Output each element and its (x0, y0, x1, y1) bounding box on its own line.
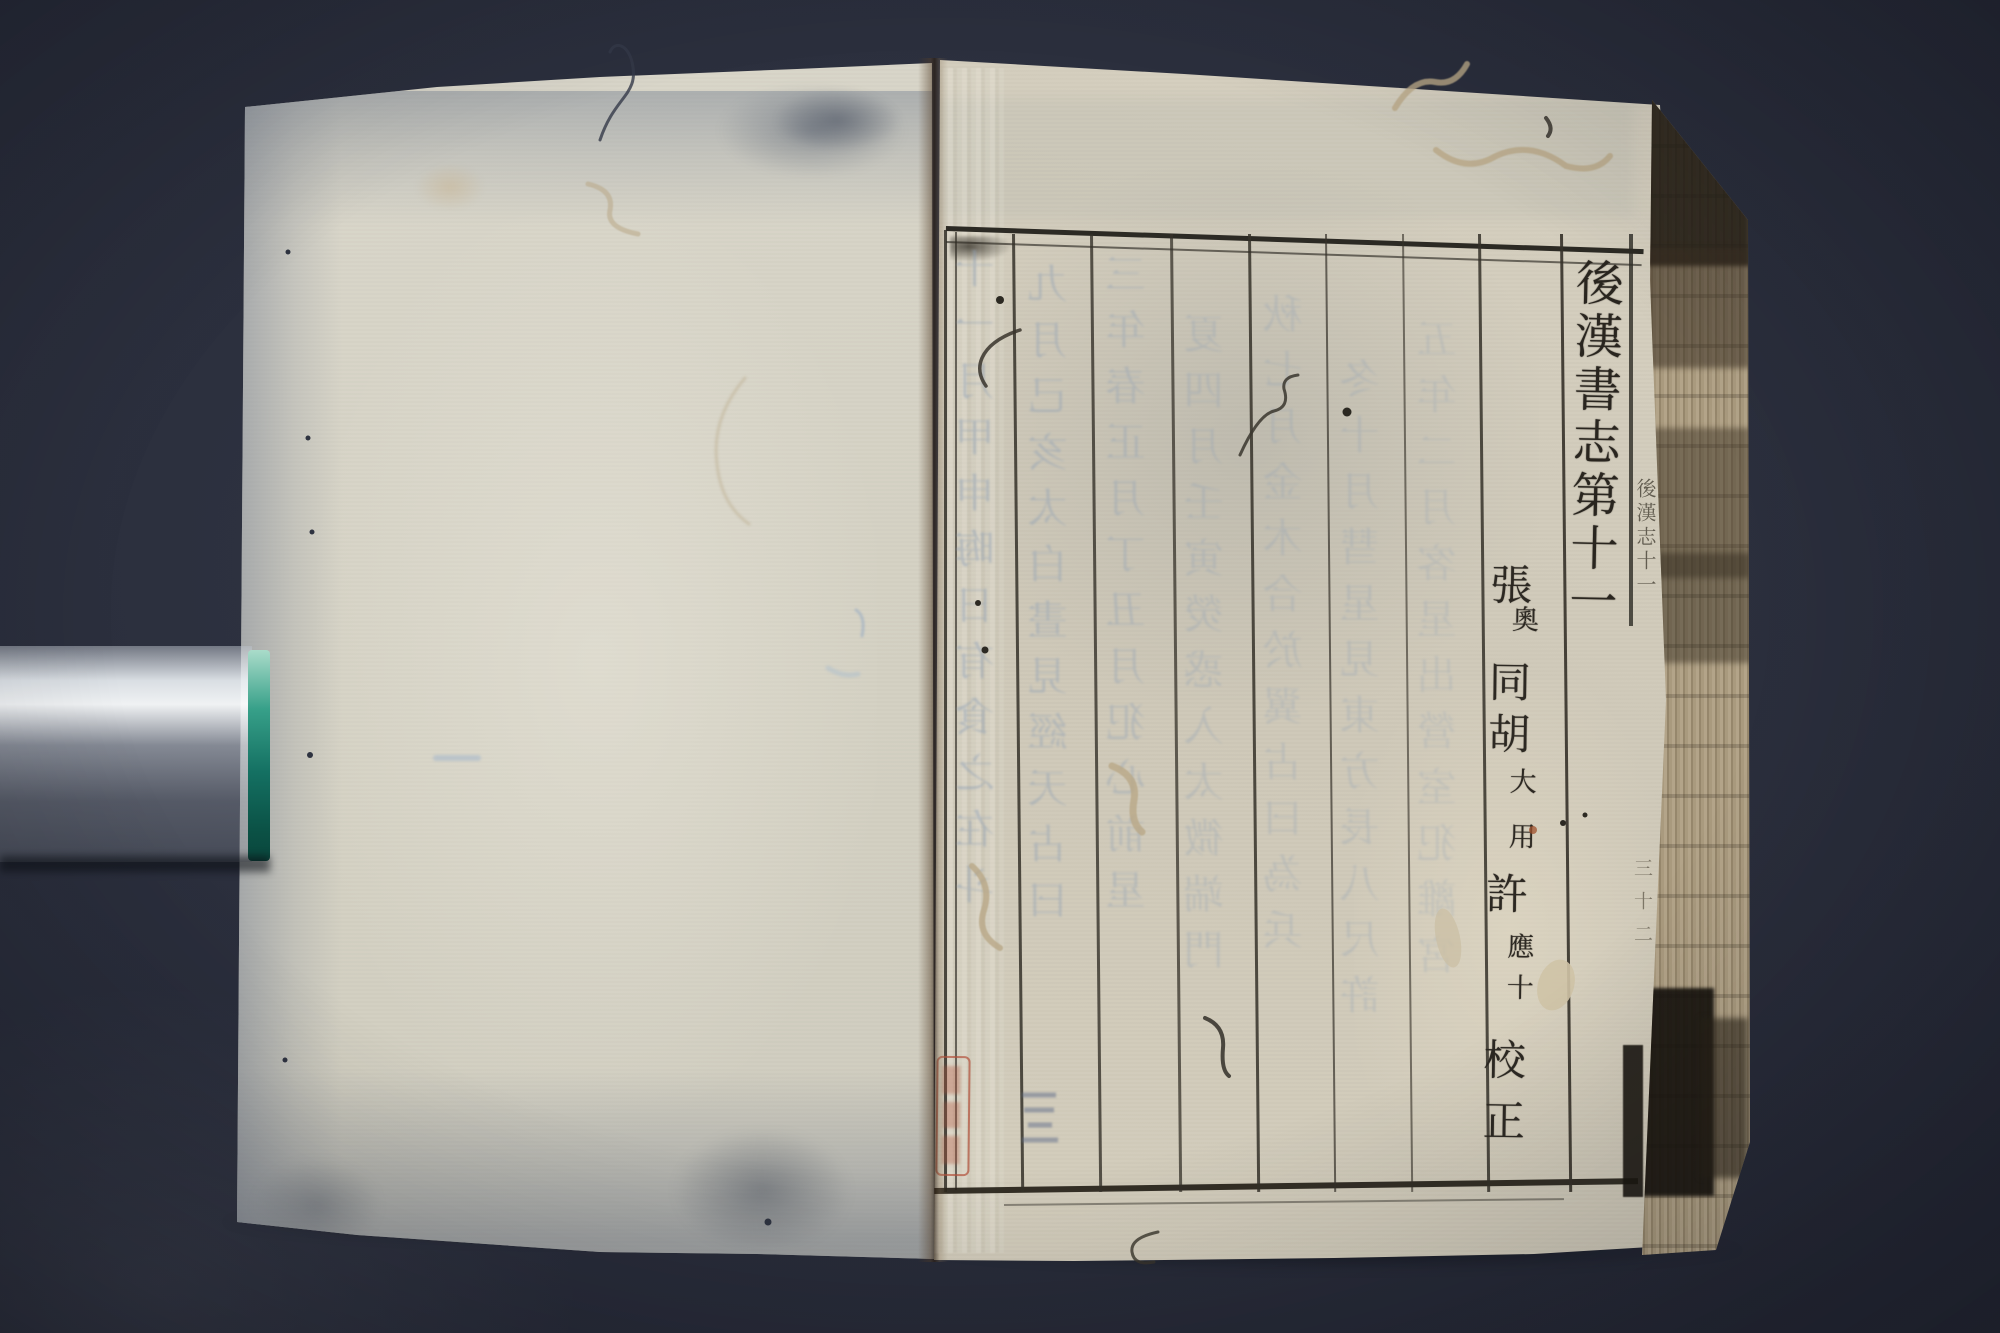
top-stain-blob (717, 83, 907, 178)
edge-top-streak (1646, 248, 1750, 368)
showthrough-column: 夏四月壬寅熒惑入太微端門 (1179, 313, 1235, 985)
collation-char-large: 胡 (1488, 702, 1531, 763)
frame-bottom-thick (934, 1178, 1638, 1194)
fold-label-upper: 後漢志十一 (1631, 478, 1660, 598)
collation-char-small: 十 (1506, 966, 1534, 1005)
collation-char-large: 正 (1482, 1089, 1525, 1150)
corner-dark-blotch (252, 1158, 382, 1253)
collation-char-large: 校 (1483, 1028, 1526, 1089)
showthrough-column: 冬十月彗星見東方長八尺許 (1335, 358, 1391, 1030)
fold-ink-bar (1623, 1045, 1643, 1197)
fold-label-lower: 三十二 (1629, 858, 1656, 957)
frame-bottom-thin (1004, 1198, 1564, 1206)
top-stain-band (237, 91, 934, 226)
collation-char-large: 許 (1486, 862, 1529, 923)
showthrough-column: 三年春正月丁丑月犯心前星 (1101, 253, 1157, 925)
collation-char-small: 用 (1509, 815, 1537, 854)
paper-texture (237, 63, 937, 1263)
glass-weight (0, 646, 252, 862)
title-column: 後漢書志第十一 (1559, 257, 1625, 738)
worm-patch (415, 163, 485, 211)
showthrough-column: 十一月甲申晦日有食之在斗 (950, 248, 1006, 920)
showthrough-column: 九月己亥太白晝見經天占曰 (1023, 263, 1079, 935)
collation-char-small: 奧 (1512, 598, 1540, 637)
gutter-fold-shadow (918, 58, 948, 1262)
edge-bottom-smudge (1700, 1018, 1748, 1178)
right-page: 十一月甲申晦日有食之在斗九月己亥太白晝見經天占曰三年春正月丁丑月犯心前星夏四月壬… (934, 58, 1724, 1268)
photo-scene: 十一月甲申晦日有食之在斗九月己亥太白晝見經天占曰三年春正月丁丑月犯心前星夏四月壬… (0, 0, 2000, 1333)
gutter-top-ink-smear (775, 89, 900, 151)
glass-weight-green-edge (248, 650, 270, 861)
showthrough-column: 五年二月客星出營室犯離宮 (1412, 318, 1468, 990)
bottom-dark-blotch (672, 1128, 852, 1253)
center-light (317, 213, 877, 1113)
collation-column: 張奧同胡大用許應十校正 (1472, 57, 1567, 1158)
edge-top-ink-blotch (1640, 98, 1750, 266)
showthrough-column: 秋七月金木合於翼占曰為兵 (1258, 293, 1314, 965)
collation-char-small: 應 (1507, 925, 1535, 964)
edge-mid-smudge2 (1656, 553, 1751, 663)
collation-char-small: 大 (1509, 760, 1537, 799)
bottom-stain-band (237, 1068, 934, 1263)
left-page (237, 63, 937, 1263)
